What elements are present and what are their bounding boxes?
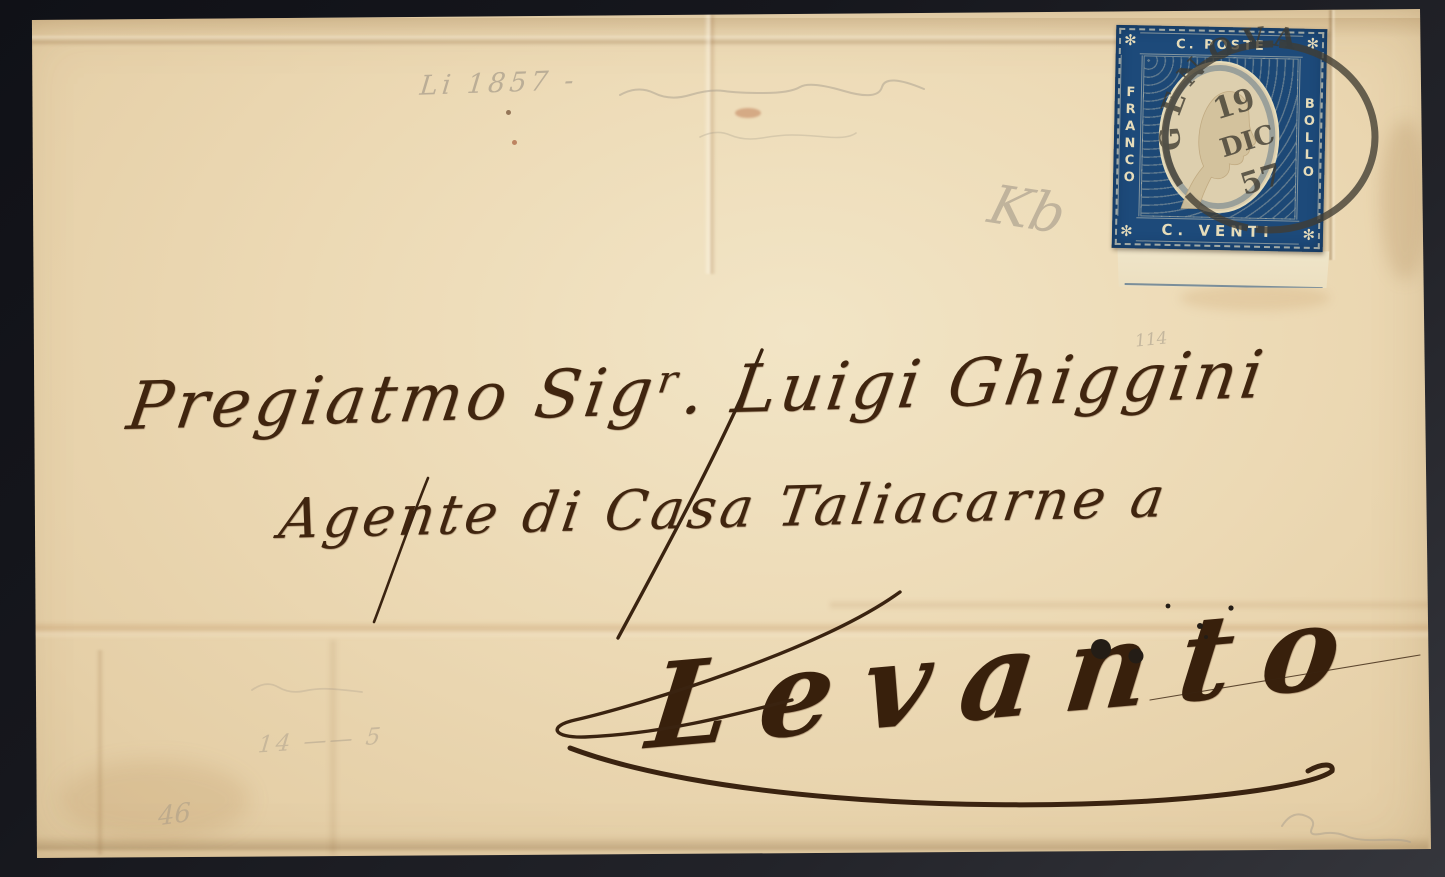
postmark: GENOVA 19 DIC 57: [1130, 18, 1430, 288]
edge-speck: [630, 6, 639, 12]
pencil-bottom-left-number: 46: [158, 798, 191, 833]
pencil-expert-initials: Kb: [982, 173, 1072, 246]
letter-paper: Li 1857 - 114 Kb 14 —— 5 46 Pregiatmo Si…: [0, 0, 1445, 877]
postmark-year: 57: [1236, 157, 1286, 203]
photo-background: Li 1857 - 114 Kb 14 —— 5 46 Pregiatmo Si…: [0, 0, 1445, 877]
pencil-year-note: Li 1857 -: [418, 65, 579, 102]
postmark-day: 19: [1209, 82, 1259, 128]
postmark-month: DIC: [1217, 119, 1279, 164]
